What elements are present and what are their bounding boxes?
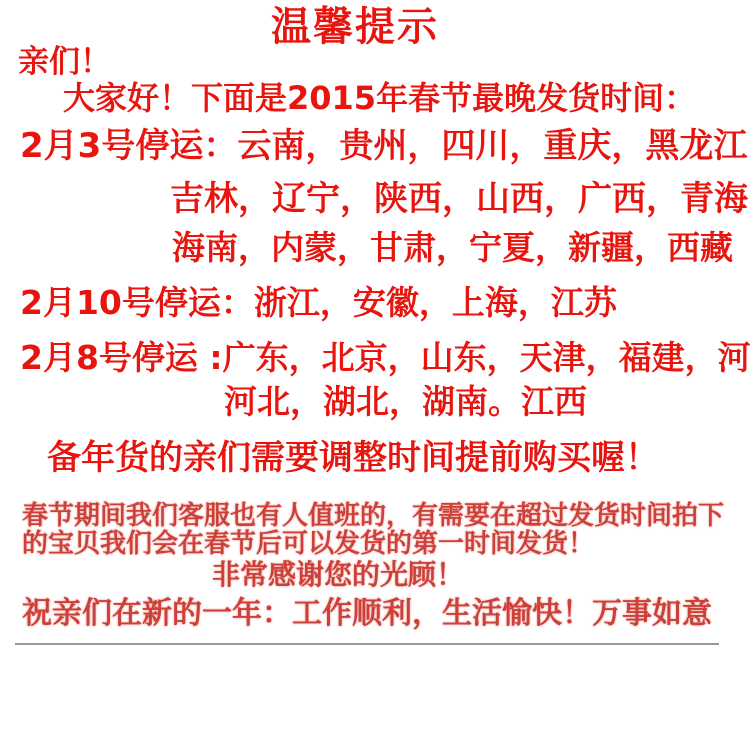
- feb3-cutoff-line-1: 2月3号停运：云南，贵州，四川，重庆，黑龙江: [20, 128, 747, 165]
- purchase-reminder-line: 备年货的亲们需要调整时间提前购买喔！: [47, 440, 659, 477]
- notice-title: 温馨提示: [0, 5, 710, 49]
- holiday-service-line-2: 的宝贝我们会在春节后可以发货的第一时间发货！: [22, 530, 594, 559]
- bottom-divider: [15, 643, 719, 645]
- feb8-cutoff-line-1: 2月8号停运 :广东，北京，山东，天津，福建，河南: [20, 340, 750, 376]
- feb3-cutoff-line-3: 海南，内蒙，甘肃，宁夏，新疆，西藏: [172, 230, 733, 266]
- feb3-cutoff-line-2: 吉林，辽宁，陕西，山西，广西，青海: [170, 181, 748, 218]
- feb10-cutoff-line: 2月10号停运：浙江，安徽，上海，江苏: [20, 285, 617, 321]
- new-year-wishes-line: 祝亲们在新的一年：工作顺利，生活愉快！万事如意: [22, 597, 712, 630]
- intro-line: 大家好！下面是2015年春节最晚发货时间：: [63, 81, 696, 116]
- holiday-service-line-1: 春节期间我们客服也有人值班的，有需要在超过发货时间拍下: [22, 502, 724, 531]
- feb8-cutoff-line-2: 河北，湖北，湖南。江西: [224, 384, 587, 420]
- thanks-line: 非常感谢您的光顾！: [212, 560, 464, 591]
- greeting-line: 亲们！: [18, 45, 111, 79]
- notice-page: 温馨提示 亲们！ 大家好！下面是2015年春节最晚发货时间： 2月3号停运：云南…: [0, 0, 750, 750]
